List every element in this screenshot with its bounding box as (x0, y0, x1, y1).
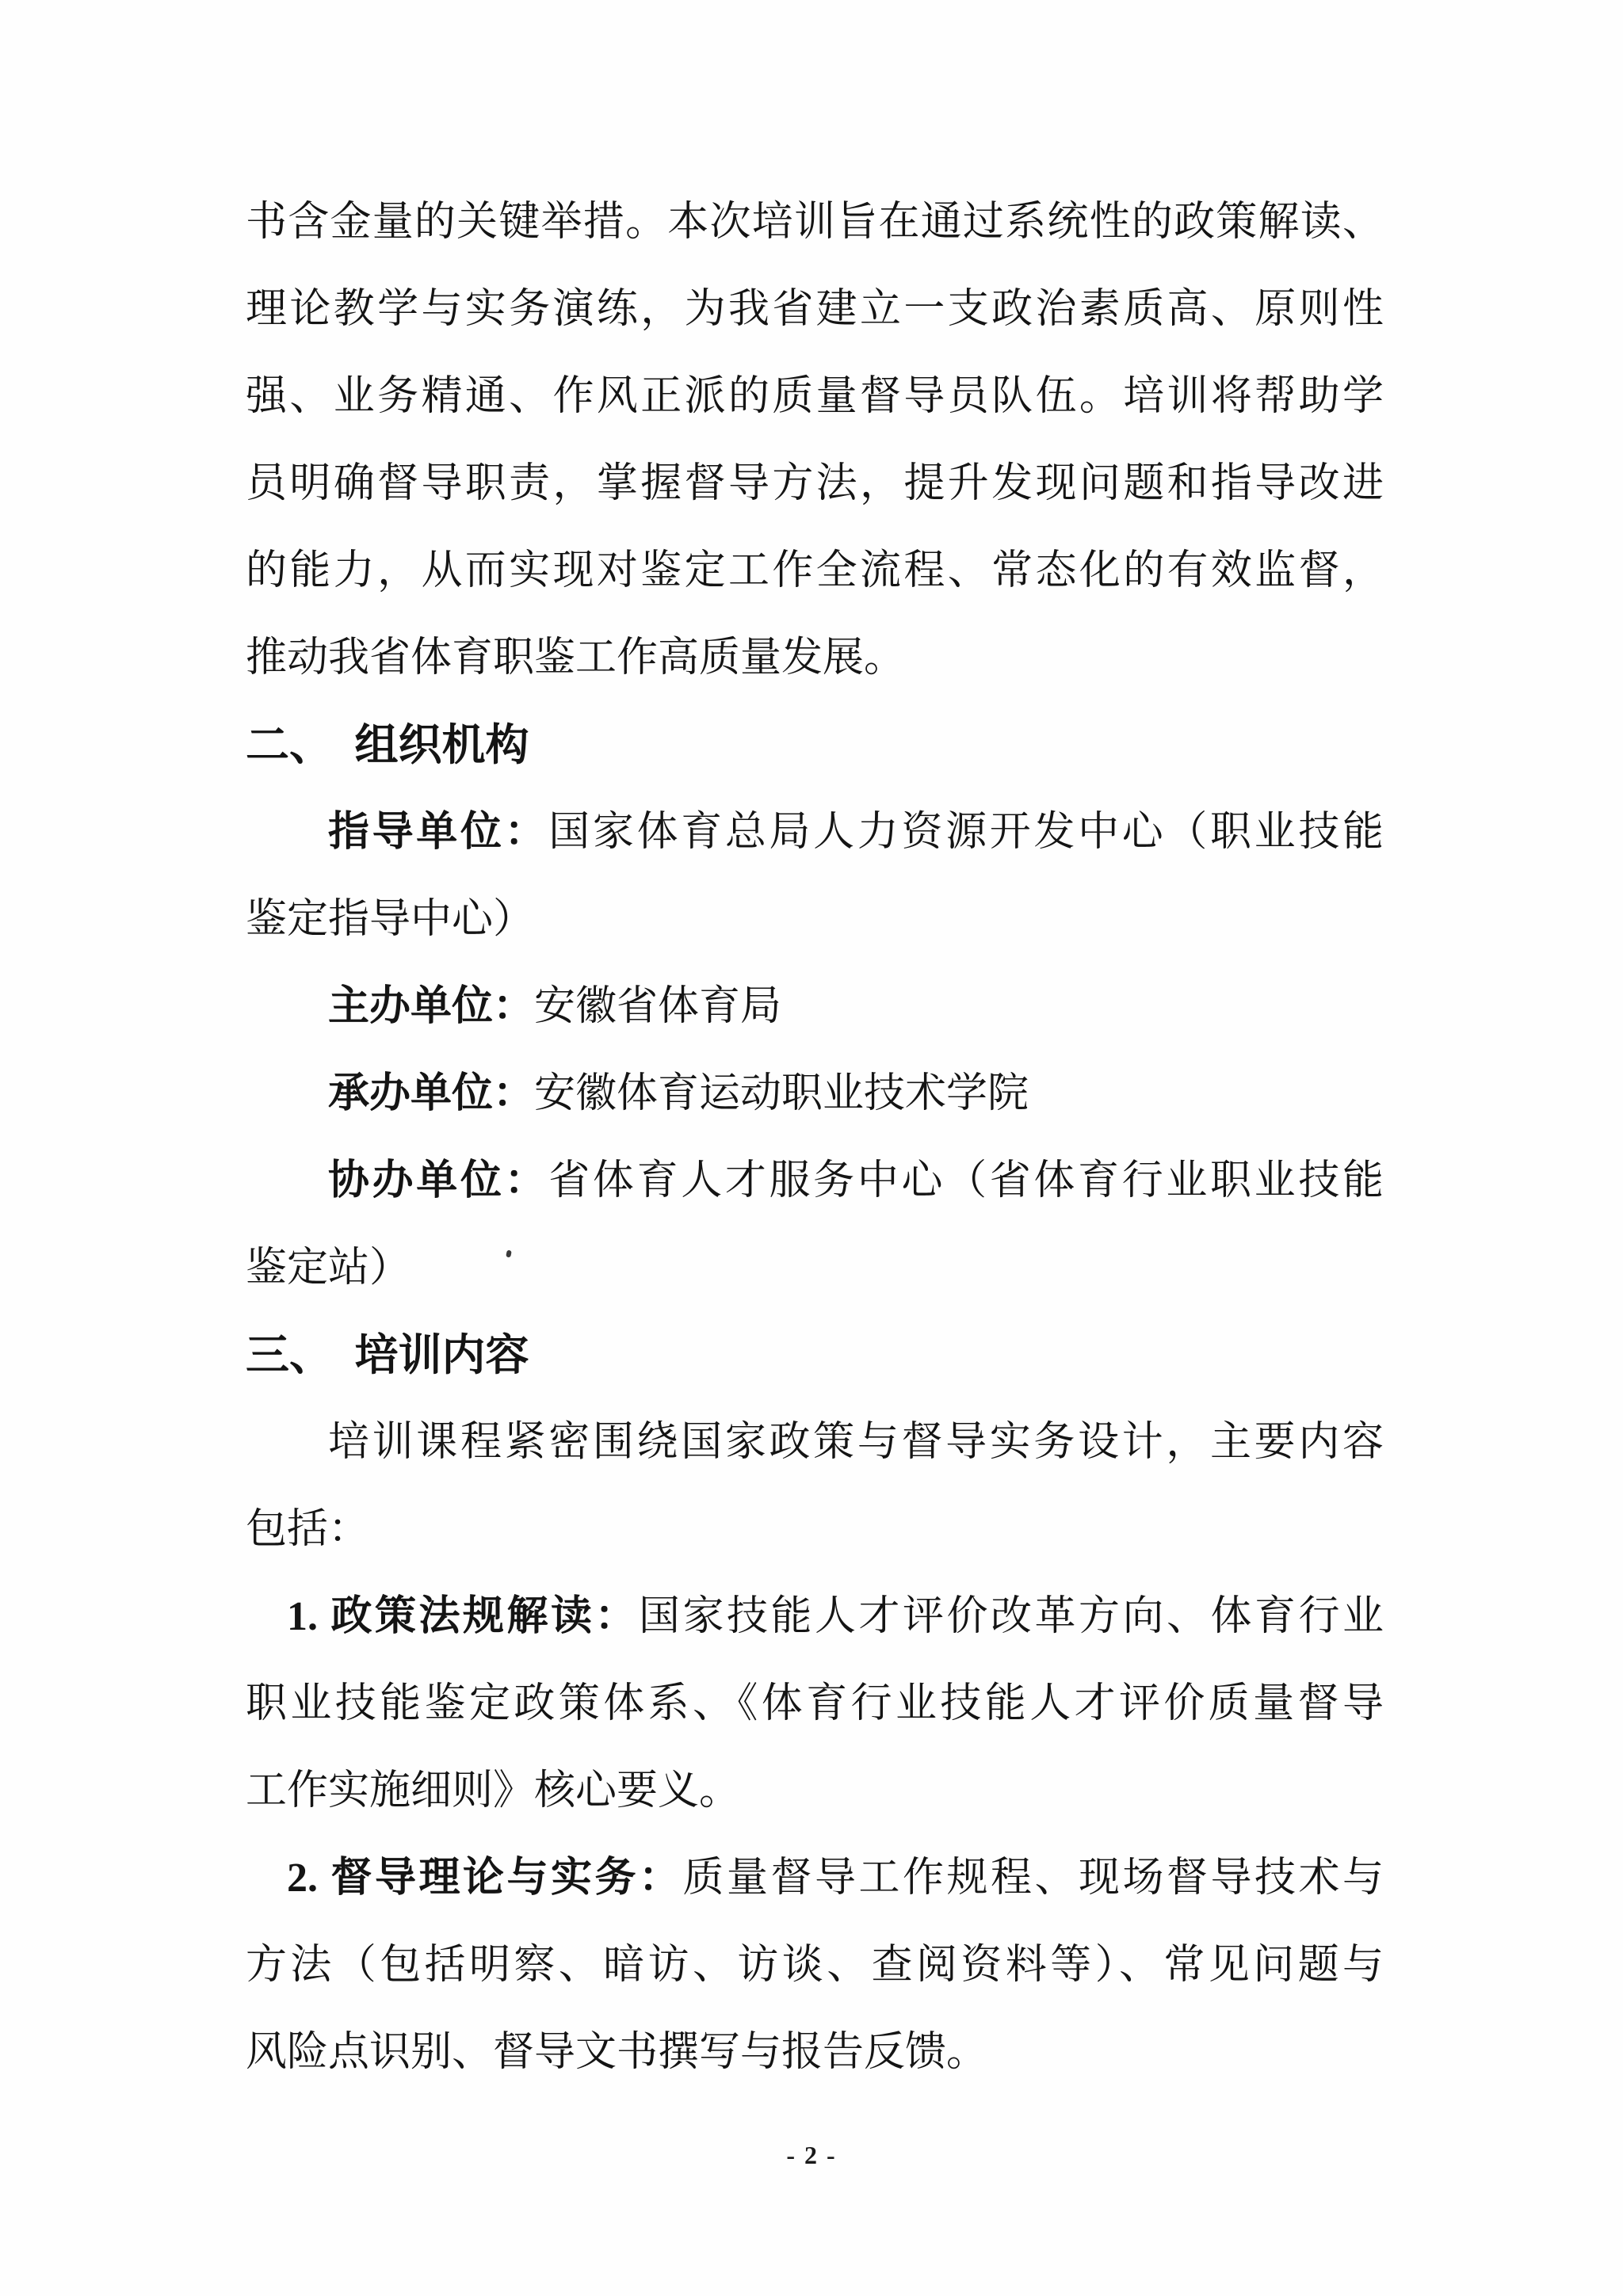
text-line: 鉴定站） (246, 1225, 1384, 1312)
text-segment: 包括： (246, 1507, 369, 1552)
text-line: 2. 督导理论与实务：质量督导工作规程、现场督导技术与 (246, 1835, 1384, 1922)
text-line: 1. 政策法规解读：国家技能人才评价改革方向、体育行业 (246, 1573, 1384, 1661)
text-line: 包括： (246, 1486, 1384, 1573)
text-line: 强、业务精通、作风正派的质量督导员队伍。培训将帮助学 (246, 353, 1384, 441)
text-line: 的能力，从而实现对鉴定工作全流程、常态化的有效监督， (246, 528, 1384, 615)
text-line: 鉴定指导中心） (246, 876, 1384, 963)
text-segment: 质量督导工作规程、现场督导技术与 (683, 1855, 1384, 1901)
page-number: - 2 - (0, 2141, 1623, 2170)
text-segment: 职业技能鉴定政策体系、《体育行业技能人才评价质量督导 (246, 1681, 1384, 1726)
text-line: 承办单位：安徽体育运动职业技术学院 (246, 1051, 1384, 1138)
document-page: 书含金量的关键举措。本次培训旨在通过系统性的政策解读、理论教学与实务演练，为我省… (0, 0, 1623, 2296)
text-segment: 强、业务精通、作风正派的质量督导员队伍。培训将帮助学 (246, 374, 1384, 419)
text-segment: 鉴定站） (246, 1245, 411, 1291)
text-segment: 推动我省体育职鉴工作高质量发展。 (246, 635, 905, 681)
text-segment: 风险点识别、督导文书撰写与报告反馈。 (246, 2030, 987, 2075)
text-segment: 安徽省体育局 (534, 984, 781, 1029)
text-segment: 员明确督导职责，掌握督导方法，提升发现问题和指导改进 (246, 461, 1384, 506)
text-segment: 鉴定指导中心） (246, 897, 534, 942)
section-heading: 二、 组织机构 (246, 702, 1384, 789)
text-line: 职业技能鉴定政策体系、《体育行业技能人才评价质量督导 (246, 1661, 1384, 1748)
text-line: 指导单位：国家体育总局人力资源开发中心（职业技能 (246, 789, 1384, 876)
text-line: 培训课程紧密围绕国家政策与督导实务设计，主要内容 (246, 1399, 1384, 1486)
text-segment: 培训课程紧密围绕国家政策与督导实务设计，主要内容 (328, 1420, 1384, 1465)
text-segment: 2. 督导理论与实务： (287, 1855, 683, 1901)
text-segment: 指导单位： (328, 810, 548, 855)
text-segment: 国家技能人才评价改革方向、体育行业 (639, 1594, 1384, 1639)
text-segment: 承办单位： (328, 1071, 534, 1116)
text-segment: 1. 政策法规解读： (287, 1594, 639, 1639)
text-segment: 二、 组织机构 (246, 721, 529, 769)
text-segment: 协办单位： (328, 1158, 548, 1203)
text-segment: 的能力，从而实现对鉴定工作全流程、常态化的有效监督， (246, 548, 1384, 593)
text-segment: 理论教学与实务演练，为我省建立一支政治素质高、原则性 (246, 287, 1384, 332)
text-line: 风险点识别、督导文书撰写与报告反馈。 (246, 2009, 1384, 2096)
document-body: 书含金量的关键举措。本次培训旨在通过系统性的政策解读、理论教学与实务演练，为我省… (246, 179, 1384, 2096)
text-segment: 工作实施细则》核心要义。 (246, 1768, 740, 1814)
text-line: 工作实施细则》核心要义。 (246, 1748, 1384, 1835)
text-line: 协办单位：省体育人才服务中心（省体育行业职业技能 (246, 1138, 1384, 1225)
text-line: 书含金量的关键举措。本次培训旨在通过系统性的政策解读、 (246, 179, 1384, 266)
text-segment: 三、 培训内容 (246, 1331, 529, 1379)
text-line: 方法（包括明察、暗访、访谈、查阅资料等）、常见问题与 (246, 1922, 1384, 2009)
text-segment: 国家体育总局人力资源开发中心（职业技能 (548, 810, 1384, 855)
text-line: 理论教学与实务演练，为我省建立一支政治素质高、原则性 (246, 266, 1384, 353)
text-segment: 省体育人才服务中心（省体育行业职业技能 (548, 1158, 1384, 1203)
text-segment: 书含金量的关键举措。本次培训旨在通过系统性的政策解读、 (246, 200, 1384, 245)
text-line: 员明确督导职责，掌握督导方法，提升发现问题和指导改进 (246, 441, 1384, 528)
text-line: 主办单位：安徽省体育局 (246, 963, 1384, 1051)
section-heading: 三、 培训内容 (246, 1312, 1384, 1399)
text-line: 推动我省体育职鉴工作高质量发展。 (246, 615, 1384, 702)
text-segment: 方法（包括明察、暗访、访谈、查阅资料等）、常见问题与 (246, 1943, 1384, 1988)
text-segment: 安徽体育运动职业技术学院 (534, 1071, 1029, 1116)
text-segment: 主办单位： (328, 984, 534, 1029)
